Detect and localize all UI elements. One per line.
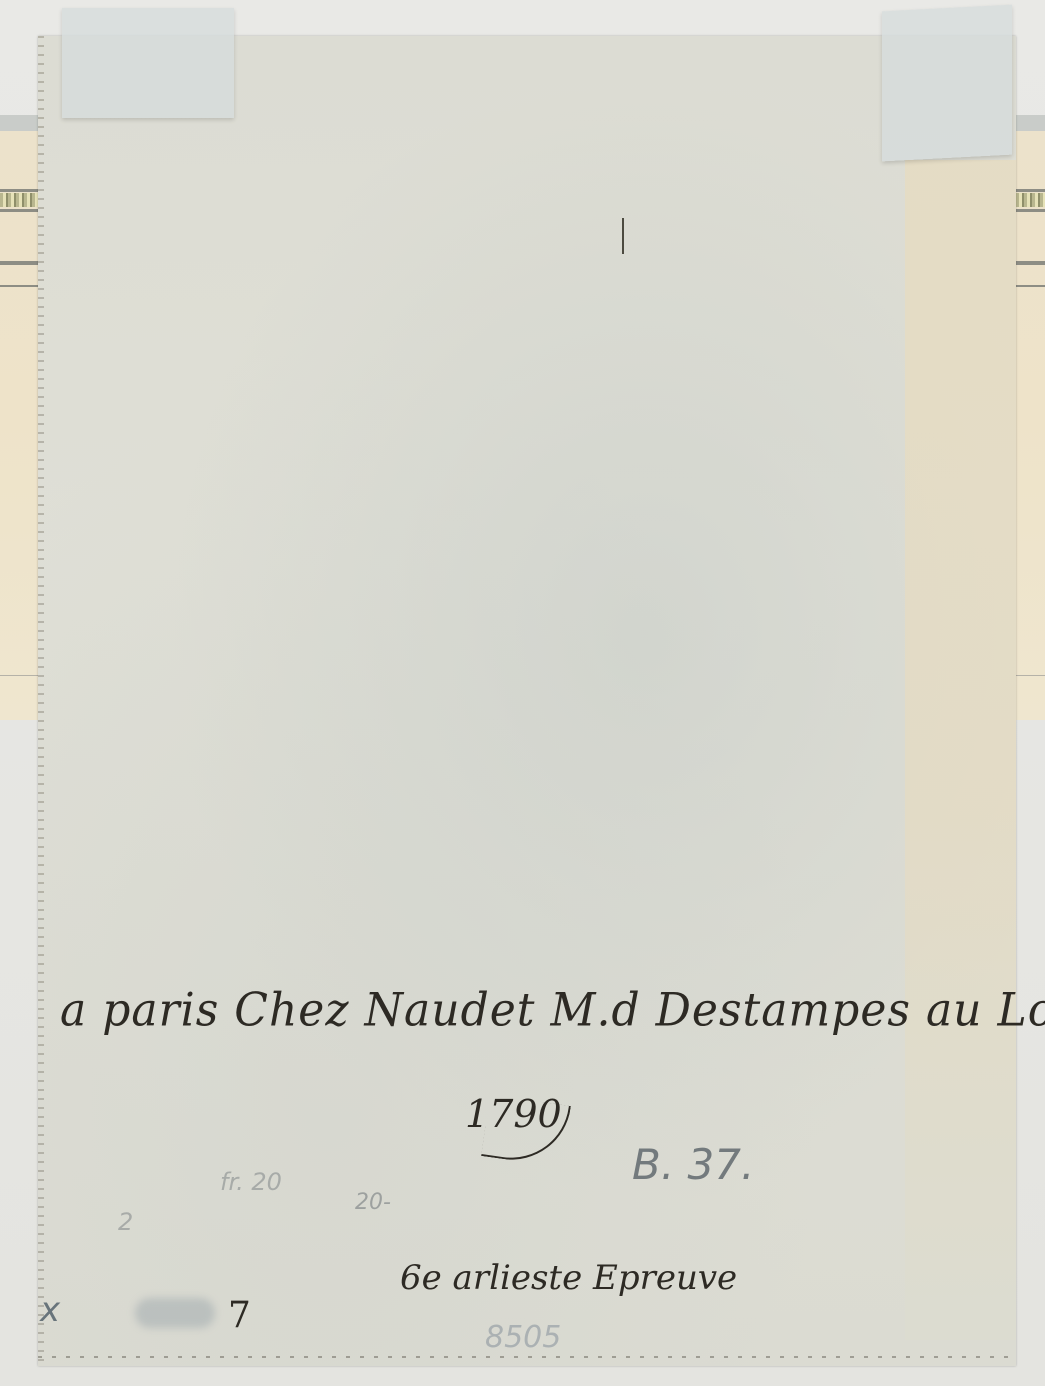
sheet-bottom-edge — [38, 1356, 1016, 1358]
corner-x-mark: x — [40, 1290, 60, 1330]
pencil-note-price: fr. 20 — [220, 1168, 282, 1196]
catalog-number: B. 37. — [632, 1140, 754, 1189]
pencil-note-2: 2 — [118, 1208, 133, 1236]
pencil-note-20: 20- — [355, 1190, 391, 1215]
state-inscription: 6e arlieste Epreuve — [400, 1258, 737, 1298]
tape-hinge-right — [882, 5, 1012, 162]
hinge-strip — [905, 160, 1016, 1340]
corner-7-mark: 7 — [228, 1295, 251, 1336]
pencil-inventory-number: 8505 — [485, 1320, 561, 1355]
pencil-smudge — [135, 1298, 215, 1328]
paper-sheet — [38, 36, 1016, 1366]
ink-tick-mark — [622, 218, 624, 254]
tape-hinge-left — [62, 8, 234, 118]
sheet-left-edge — [38, 36, 44, 1366]
publisher-inscription: a paris Chez Naudet M.d Destampes au Lou… — [60, 984, 1045, 1038]
